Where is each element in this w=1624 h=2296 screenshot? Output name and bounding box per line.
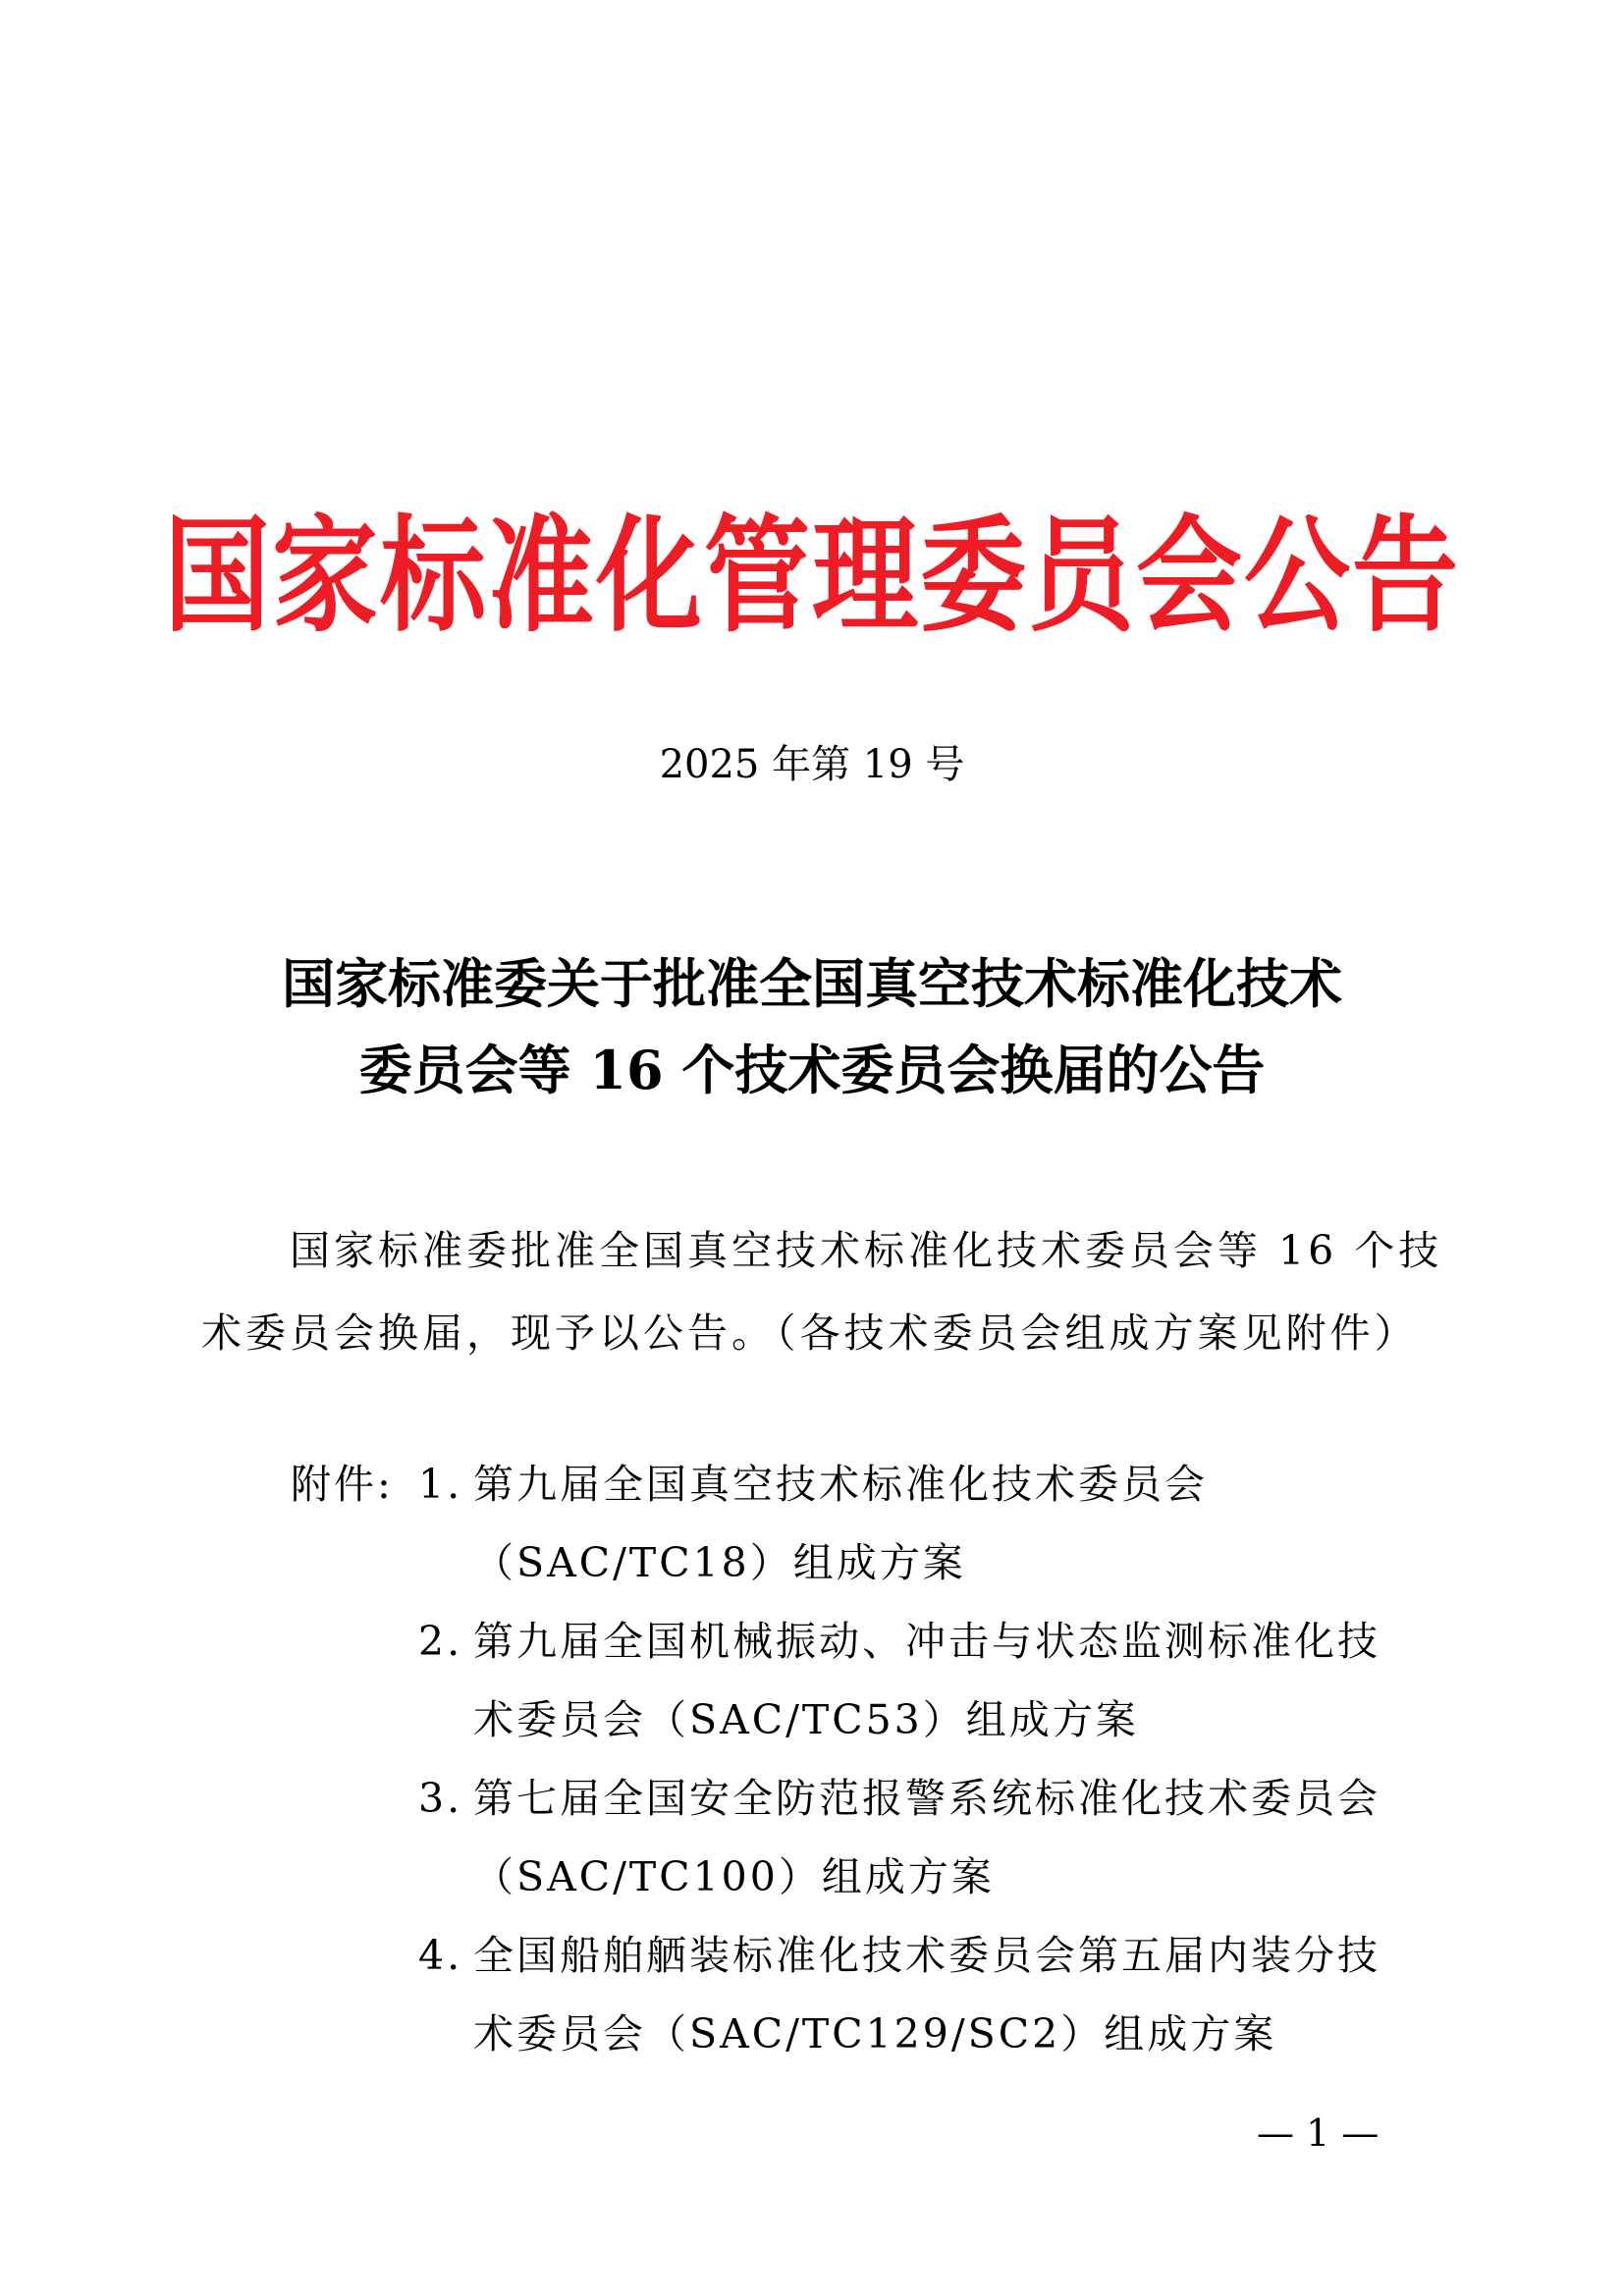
attachment-item: 1.第九届全国真空技术标准化技术委员会 （SAC/TC18）组成方案 — [418, 1445, 1449, 1602]
attachment-number: 1. — [418, 1445, 473, 1523]
attachment-item: 4.全国船舶舾装标准化技术委员会第五届内装分技 术委员会（SAC/TC129/S… — [418, 1916, 1449, 2073]
attachment-number: 4. — [418, 1916, 473, 1995]
attachment-line-1: 第九届全国真空技术标准化技术委员会 — [473, 1461, 1208, 1508]
attachment-number: 2. — [418, 1602, 473, 1681]
document-page: 国家标准化管理委员会公告 2025 年第 19 号 国家标准委关于批准全国真空技… — [0, 0, 1624, 2296]
attachment-line-2: 术委员会（SAC/TC53）组成方案 — [418, 1681, 1449, 1759]
body-line-1: 国家标准委批准全国真空技术标准化技术委员会等 16 个技 — [201, 1209, 1438, 1292]
attachment-line-1: 第七届全国安全防范报警系统标准化技术委员会 — [473, 1775, 1380, 1822]
attachments-list: 附件: 1.第九届全国真空技术标准化技术委员会 （SAC/TC18）组成方案 2… — [291, 1445, 1449, 2073]
attachment-line-2: （SAC/TC100）组成方案 — [418, 1838, 1449, 1916]
document-title-line-1: 国家标准委关于批准全国真空技术标准化技术 — [196, 940, 1428, 1027]
attachments-label: 附件: — [291, 1445, 394, 1523]
attachment-item: 2.第九届全国机械振动、冲击与状态监测标准化技 术委员会（SAC/TC53）组成… — [418, 1602, 1449, 1759]
document-number: 2025 年第 19 号 — [0, 738, 1624, 791]
attachment-line-1: 全国船舶舾装标准化技术委员会第五届内装分技 — [473, 1932, 1380, 1979]
page-number: — 1 — — [1257, 2109, 1379, 2158]
body-paragraph: 国家标准委批准全国真空技术标准化技术委员会等 16 个技 术委员会换届，现予以公… — [201, 1209, 1438, 1374]
attachment-line-1: 第九届全国机械振动、冲击与状态监测标准化技 — [473, 1618, 1380, 1665]
attachment-line-2: （SAC/TC18）组成方案 — [418, 1523, 1449, 1602]
attachment-line-2: 术委员会（SAC/TC129/SC2）组成方案 — [418, 1995, 1449, 2073]
document-title-line-2: 委员会等 16 个技术委员会换届的公告 — [196, 1027, 1428, 1113]
attachment-item: 3.第七届全国安全防范报警系统标准化技术委员会 （SAC/TC100）组成方案 — [418, 1759, 1449, 1916]
body-line-2: 术委员会换届，现予以公告。（各技术委员会组成方案见附件） — [201, 1292, 1438, 1374]
masthead-title: 国家标准化管理委员会公告 — [0, 501, 1624, 651]
attachment-number: 3. — [418, 1759, 473, 1838]
document-title: 国家标准委关于批准全国真空技术标准化技术 委员会等 16 个技术委员会换届的公告 — [196, 940, 1428, 1113]
